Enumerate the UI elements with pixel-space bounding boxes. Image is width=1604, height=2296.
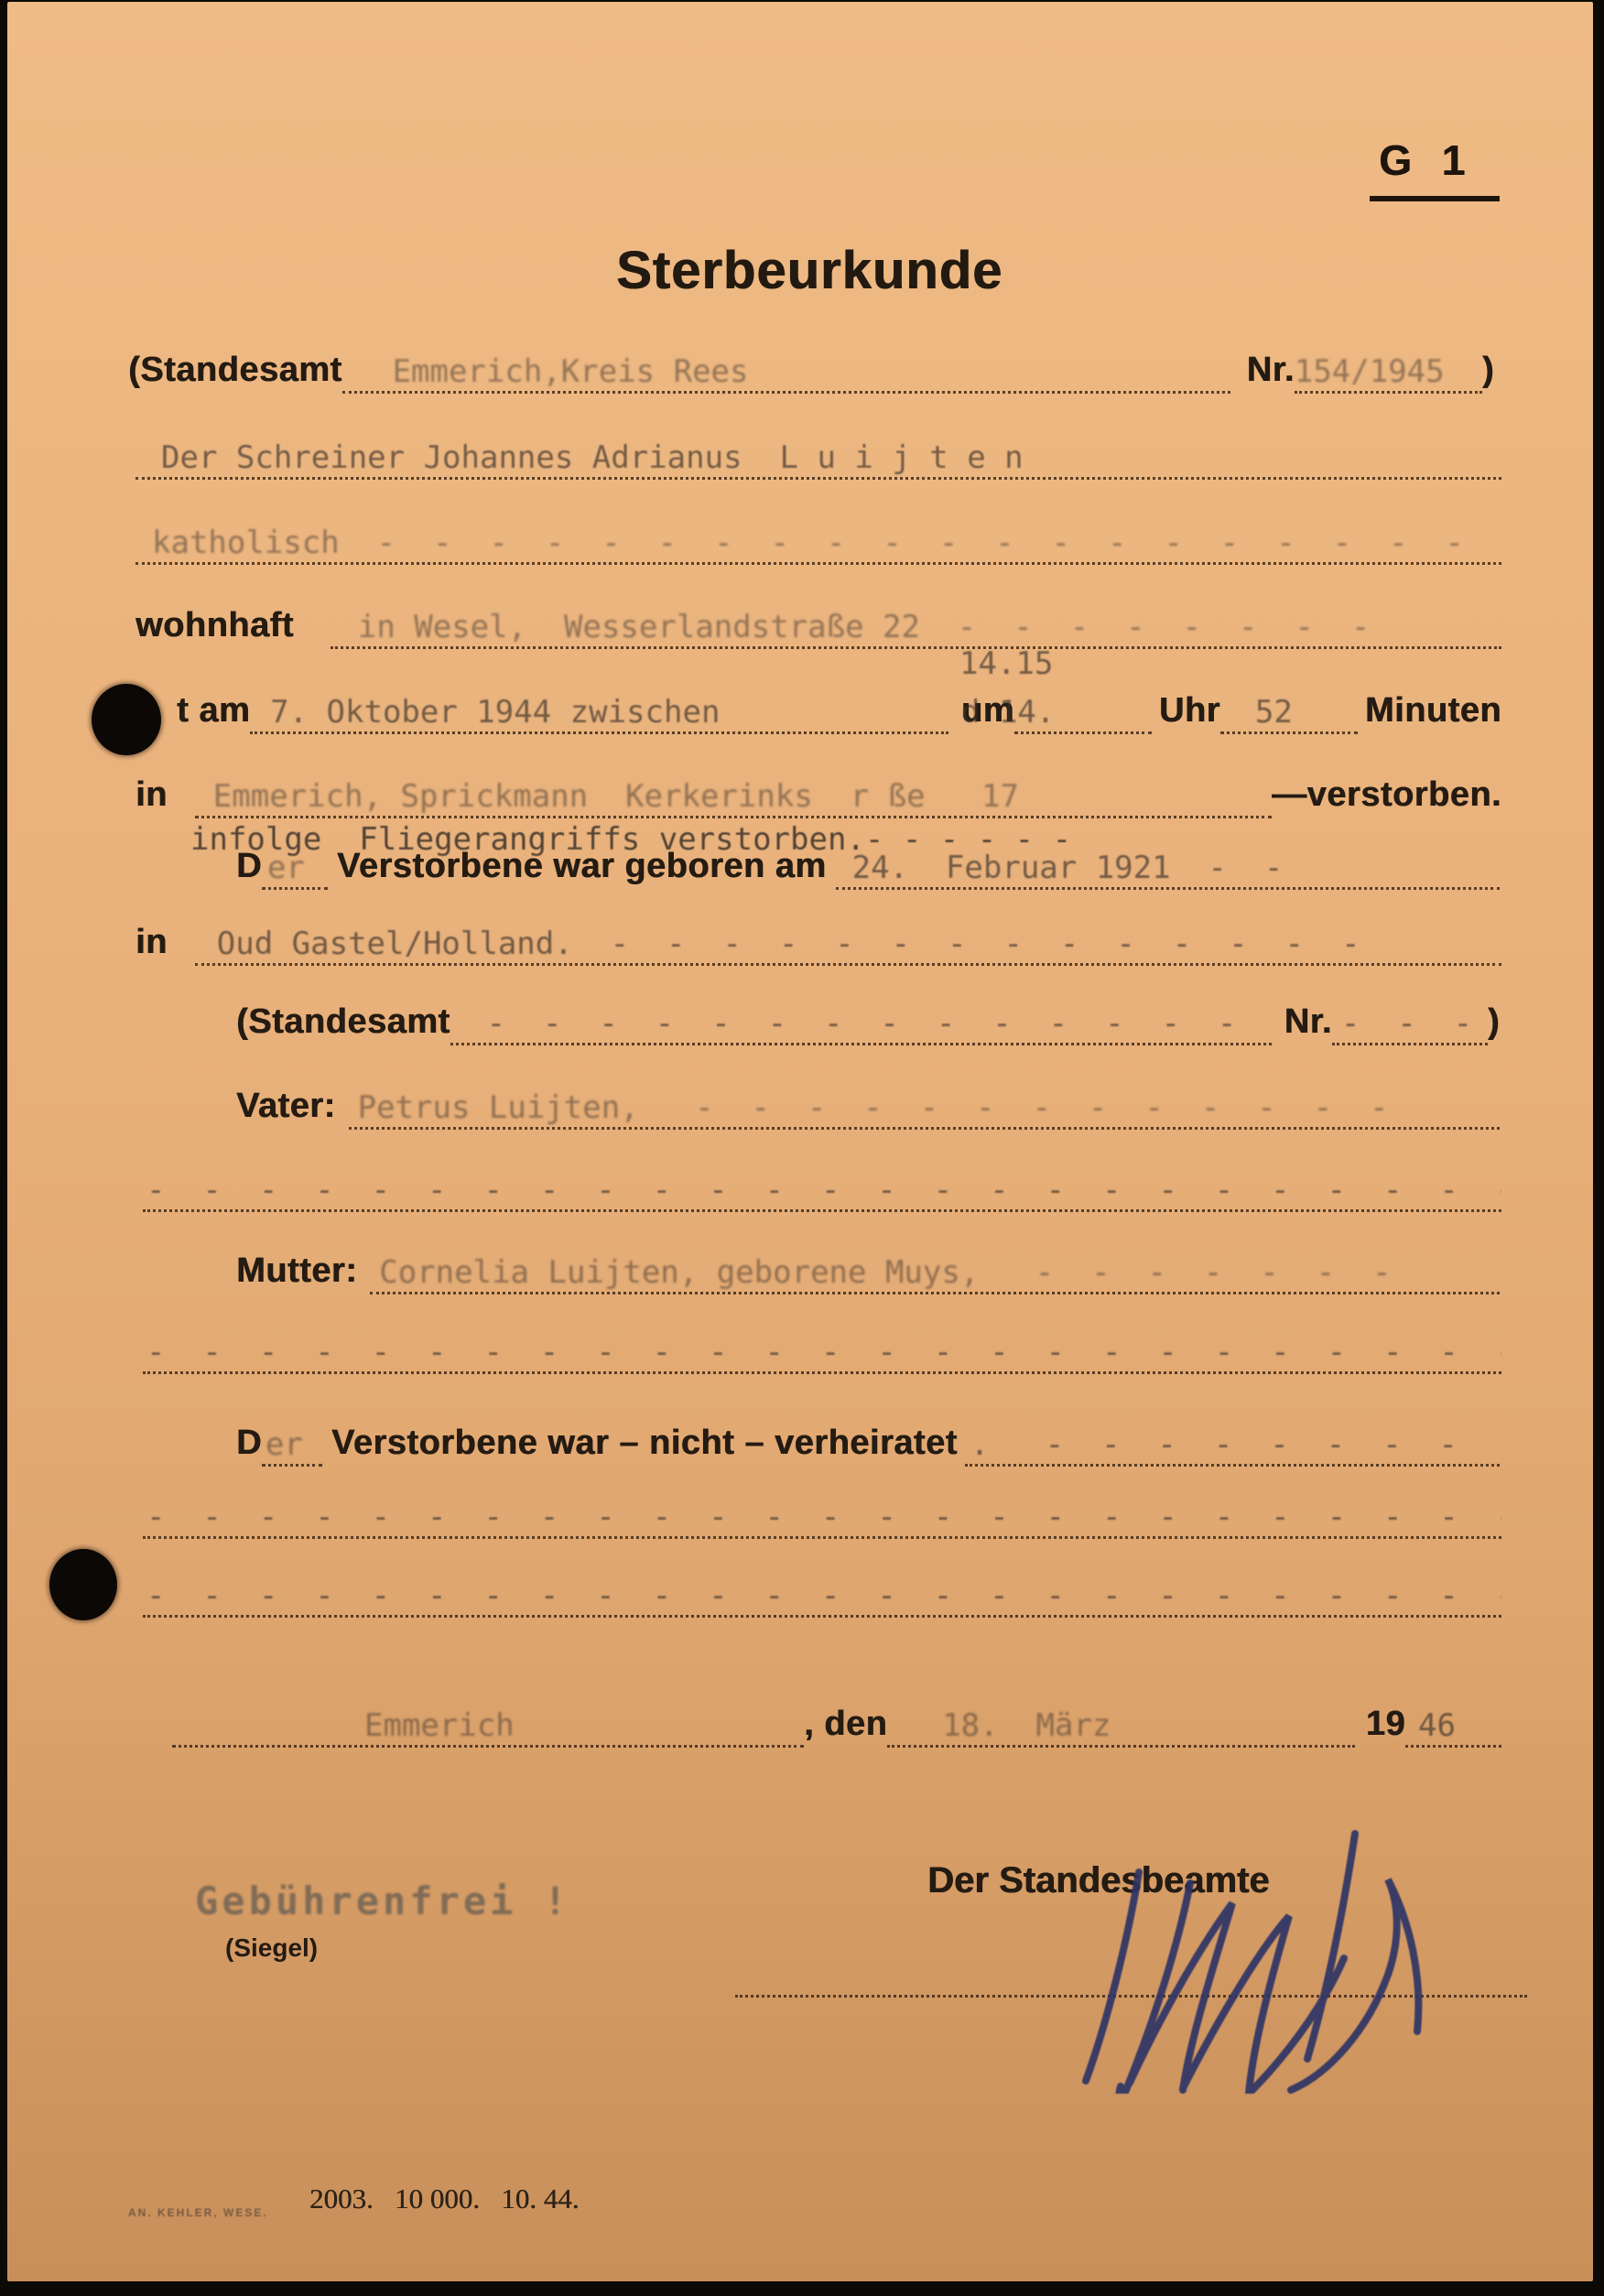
field-birth-place-row: in Oud Gastel/Holland. - - - - - - - - -… [135,915,1501,966]
filler2-typed: - - - - - - - - - - - - - - - - - - - - … [146,1337,1501,1368]
field-mother-row: Mutter: Cornelia Luijten, geborene Muys,… [236,1244,1500,1294]
field-birth-date-row: D er Verstorbene war geboren am 24. Febr… [236,839,1500,890]
city-leader-line: Emmerich [172,1699,804,1748]
standesamt-label: (Standesamt [128,352,342,394]
filler3-leader-line: - - - - - - - - - - - - - - - - - - - - … [143,1490,1501,1539]
in-label-2: in [135,925,195,966]
birth-place-typed-value: Oud Gastel/Holland. - - - - - - - - - - … [217,928,1360,959]
year-typed-value: 46 [1418,1710,1456,1741]
father-leader-line: Petrus Luijten, - - - - - - - - - - - - … [349,1081,1500,1130]
nr2-leader-line: - - - [1332,997,1488,1045]
field-standesamt-row: (Standesamt Emmerich,Kreis Rees Nr. 154/… [128,343,1494,394]
ist-am-label: t am [177,693,250,734]
hour-typed-value: d 14. [961,697,1055,728]
standesamt2-label: (Standesamt [236,1004,450,1045]
year-leader-line: 46 [1405,1699,1501,1748]
siegel-label: (Siegel) [225,1933,318,1963]
father-typed-value: Petrus Luijten, - - - - - - - - - - - - … [358,1092,1389,1123]
standesamt2-leader-line: - - - - - - - - - - - - - - - [450,997,1272,1045]
wohnhaft-leader-line: in Wesel, Wesserlandstraße 22 - - - - - … [331,601,1501,649]
filler-row-3: - - - - - - - - - - - - - - - - - - - - … [143,1489,1501,1539]
standesamt-leader-line: Emmerich,Kreis Rees [342,345,1230,394]
filler3-typed: - - - - - - - - - - - - - - - - - - - - … [146,1501,1501,1532]
wohnhaft-typed-value: in Wesel, Wesserlandstraße 22 - - - - - … [358,612,1370,643]
handwritten-signature [1051,1819,1481,2094]
minutes-typed-value: 52 [1255,697,1293,728]
uhr-label: Uhr [1152,693,1220,734]
mother-typed-value: Cornelia Luijten, geborene Muys, - - - -… [379,1257,1391,1288]
field-death-date-row: t am 7. Oktober 1944 zwischen um d 14. U… [177,684,1501,734]
scan-background: G 1 Sterbeurkunde (Standesamt Emmerich,K… [0,0,1604,2296]
city-typed-value: Emmerich [364,1710,515,1741]
death-place-typed-value: Emmerich, Sprickmann Kerkerinks r ße 17 [213,781,1019,812]
born-er-leader-line: er [262,841,328,890]
date-typed-value: 18. März [942,1710,1111,1741]
filler-row-2: - - - - - - - - - - - - - - - - - - - - … [143,1324,1501,1374]
marital-d-label: D [236,1425,262,1467]
punch-hole-top [92,684,161,755]
marital-er-leader-line: er [262,1418,322,1467]
field-deceased-row: Der Schreiner Johannes Adrianus L u i j … [135,429,1501,480]
born-er-typed: er [267,852,305,883]
nr-leader-line: 154/1945 [1295,345,1482,394]
field-death-place-row: in Emmerich, Sprickmann Kerkerinks r ße … [135,768,1501,818]
page-title: Sterbeurkunde [7,240,1604,301]
hour-leader-line: d 14. [1014,686,1152,734]
standesamt2-typed-value: - - - - - - - - - - - - - - - [487,1008,1272,1039]
mutter-label: Mutter: [236,1253,370,1294]
print-code: 2003. 10 000. 10. 44. [309,2182,580,2215]
marital-label: Verstorbene war – nicht – verheiratet [322,1425,965,1467]
field-dateline-row: Emmerich , den 18. März 19 46 [172,1697,1501,1748]
field-marital-row: D er Verstorbene war – nicht – verheirat… [236,1416,1500,1467]
death-date-typed-value: 7. Oktober 1944 zwischen [270,697,720,728]
field-wohnhaft-row: wohnhaft in Wesel, Wesserlandstraße 22 -… [135,599,1501,649]
filler-row-1: - - - - - - - - - - - - - - - - - - - - … [143,1162,1501,1212]
minutes-leader-line: 52 [1220,686,1358,734]
birth-date-typed-value: 24. Februar 1921 - - [852,852,1284,883]
year-prefix-label: 19 [1355,1706,1405,1748]
born-label: Verstorbene war geboren am [328,849,836,890]
birth-place-leader-line: Oud Gastel/Holland. - - - - - - - - - - … [195,917,1501,966]
filler2-leader-line: - - - - - - - - - - - - - - - - - - - - … [143,1326,1501,1374]
death-date-leader-line: 7. Oktober 1944 zwischen [250,686,948,734]
date-leader-line: 18. März [887,1699,1355,1748]
born-d-label: D [236,849,262,890]
nr2-typed-value: - - - [1341,1008,1472,1039]
filler4-leader-line: - - - - - - - - - - - - - - - - - - - - … [143,1569,1501,1618]
time-note-value: 14.15 [959,648,1053,679]
form-code-underline [1370,196,1500,201]
close-paren-2: ) [1488,1004,1500,1045]
filler4-typed: - - - - - - - - - - - - - - - - - - - - … [146,1580,1501,1611]
marital-leader-line: . - - - - - - - - [965,1418,1500,1467]
field-standesamt2-row: (Standesamt - - - - - - - - - - - - - - … [236,995,1500,1045]
deceased-leader-line: Der Schreiner Johannes Adrianus L u i j … [135,431,1501,480]
certificate-paper: G 1 Sterbeurkunde (Standesamt Emmerich,K… [7,2,1593,2281]
close-paren: ) [1482,352,1494,394]
minuten-label: Minuten [1358,693,1501,734]
religion-leader-line: katholisch - - - - - - - - - - - - - - -… [135,516,1501,565]
wohnhaft-label: wohnhaft [135,608,331,649]
nr-typed-value: 154/1945 [1295,356,1445,387]
filler-row-4: - - - - - - - - - - - - - - - - - - - - … [143,1567,1501,1618]
verstorben-label: —verstorben. [1272,777,1501,818]
field-religion-row: katholisch - - - - - - - - - - - - - - -… [135,514,1501,565]
den-label: , den [804,1706,887,1748]
printer-imprint: AN. KEHLER, WESE. [128,2206,268,2219]
form-code: G 1 [1379,135,1474,185]
deceased-typed-value: Der Schreiner Johannes Adrianus L u i j … [161,442,1024,473]
punch-hole-bottom [49,1549,117,1620]
nr2-label: Nr. [1272,1004,1332,1045]
filler1-leader-line: - - - - - - - - - - - - - - - - - - - - … [143,1164,1501,1212]
death-place-leader-line: Emmerich, Sprickmann Kerkerinks r ße 17 [195,770,1272,818]
fee-stamp: Gebührenfrei ! [195,1879,570,1923]
vater-label: Vater: [236,1088,349,1130]
in-label-1: in [135,777,195,818]
marital-typed-tail: . - - - - - - - - [970,1429,1458,1460]
filler1-typed: - - - - - - - - - - - - - - - - - - - - … [146,1175,1501,1206]
field-father-row: Vater: Petrus Luijten, - - - - - - - - -… [236,1079,1500,1130]
nr-label: Nr. [1230,352,1295,394]
standesamt-typed-value: Emmerich,Kreis Rees [393,356,749,387]
religion-typed-value: katholisch - - - - - - - - - - - - - - -… [152,527,1464,558]
mother-leader-line: Cornelia Luijten, geborene Muys, - - - -… [370,1246,1500,1294]
marital-er-typed: er [266,1429,303,1460]
birth-date-leader-line: 24. Februar 1921 - - [836,841,1500,890]
